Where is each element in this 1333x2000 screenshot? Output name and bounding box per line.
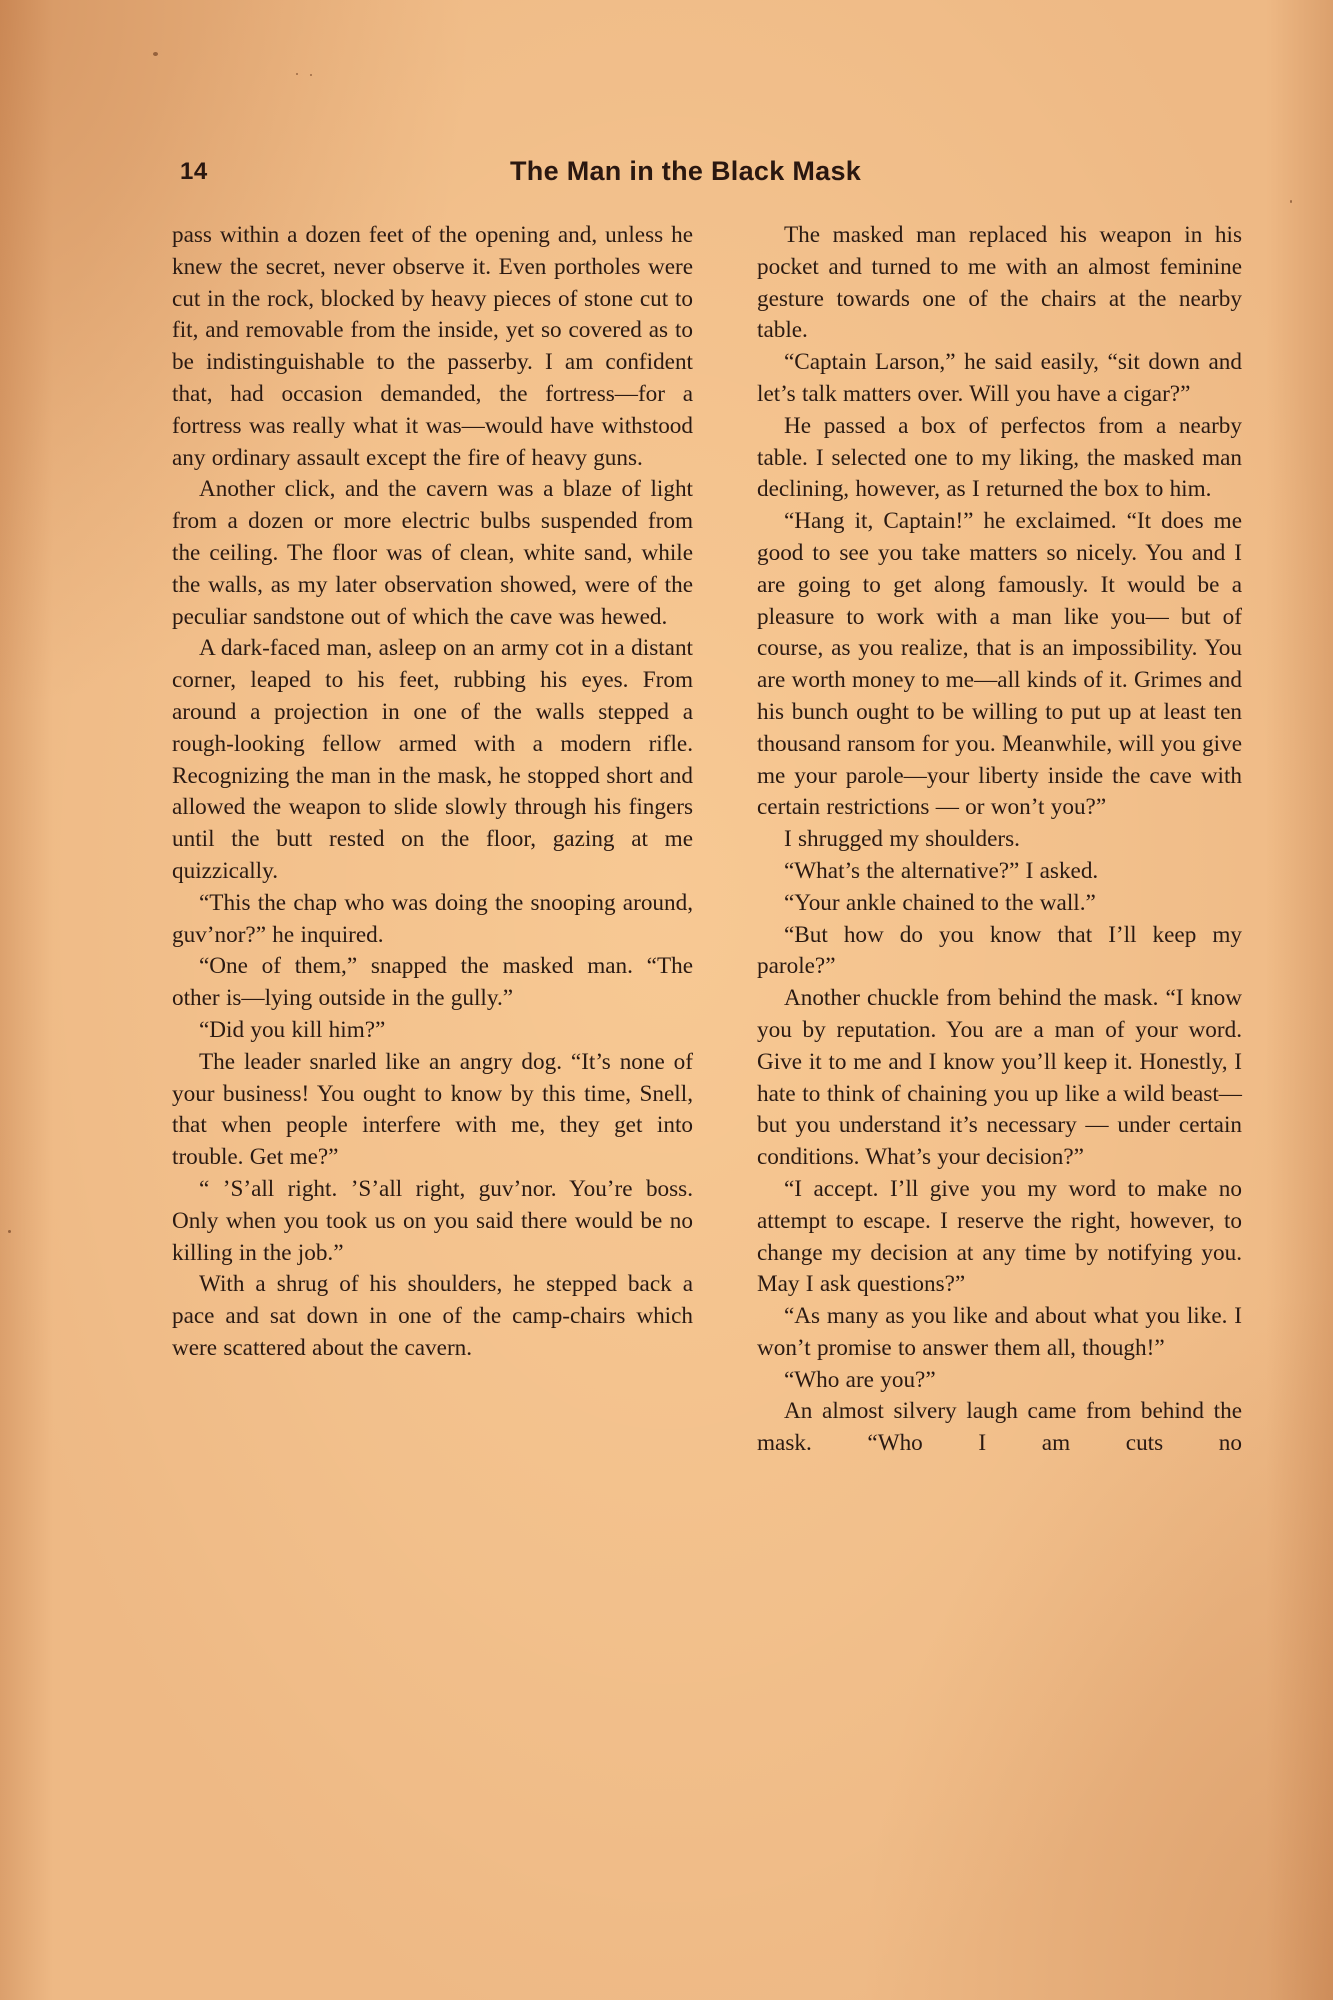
page-header: 14 The Man in the Black Mask — [180, 158, 1260, 198]
running-title: The Man in the Black Mask — [510, 156, 861, 187]
paper-speck — [310, 74, 312, 76]
paragraph: “Your ankle chained to the wall.” — [757, 888, 1242, 920]
paragraph: With a shrug of his shoulders, he steppe… — [172, 1269, 693, 1364]
paragraph: “Hang it, Captain!” he exclaimed. “It do… — [757, 506, 1242, 824]
paper-speck — [8, 1230, 11, 1233]
paragraph: He passed a box of perfectos from a near… — [757, 411, 1242, 506]
paragraph: “But how do you know that I’ll keep my p… — [757, 920, 1242, 984]
paragraph: The leader snarled like an angry dog. “I… — [172, 1047, 693, 1174]
page-number: 14 — [180, 158, 208, 186]
magazine-page: 14 The Man in the Black Mask pass within… — [0, 0, 1333, 2000]
paper-speck — [1290, 200, 1292, 203]
paragraph-continued: An almost silvery laugh came from behind… — [757, 1396, 1242, 1460]
paragraph: Another chuckle from behind the mask. “I… — [757, 983, 1242, 1174]
paragraph: “One of them,” snapped the masked man. “… — [172, 951, 693, 1015]
paper-speck — [153, 52, 158, 56]
paragraph: “This the chap who was doing the snoopin… — [172, 888, 693, 952]
paragraph: Another click, and the cavern was a blaz… — [172, 474, 693, 633]
paragraph: pass within a dozen feet of the opening … — [172, 220, 693, 474]
paragraph: “I accept. I’ll give you my word to make… — [757, 1174, 1242, 1301]
paragraph: “What’s the alternative?” I asked. — [757, 856, 1242, 888]
paragraph: “As many as you like and about what you … — [757, 1301, 1242, 1365]
paragraph: I shrugged my shoulders. — [757, 824, 1242, 856]
right-column: The masked man replaced his weapon in hi… — [757, 220, 1242, 1460]
paragraph: “Captain Larson,” he said easily, “sit d… — [757, 347, 1242, 411]
left-column: pass within a dozen feet of the opening … — [172, 220, 693, 1365]
paragraph: “ ’S’all right. ’S’all right, guv’nor. Y… — [172, 1174, 693, 1269]
paragraph: The masked man replaced his weapon in hi… — [757, 220, 1242, 347]
paper-speck — [296, 73, 298, 75]
paragraph: “Who are you?” — [757, 1365, 1242, 1397]
paragraph: A dark-faced man, asleep on an army cot … — [172, 633, 693, 887]
paragraph: “Did you kill him?” — [172, 1015, 693, 1047]
